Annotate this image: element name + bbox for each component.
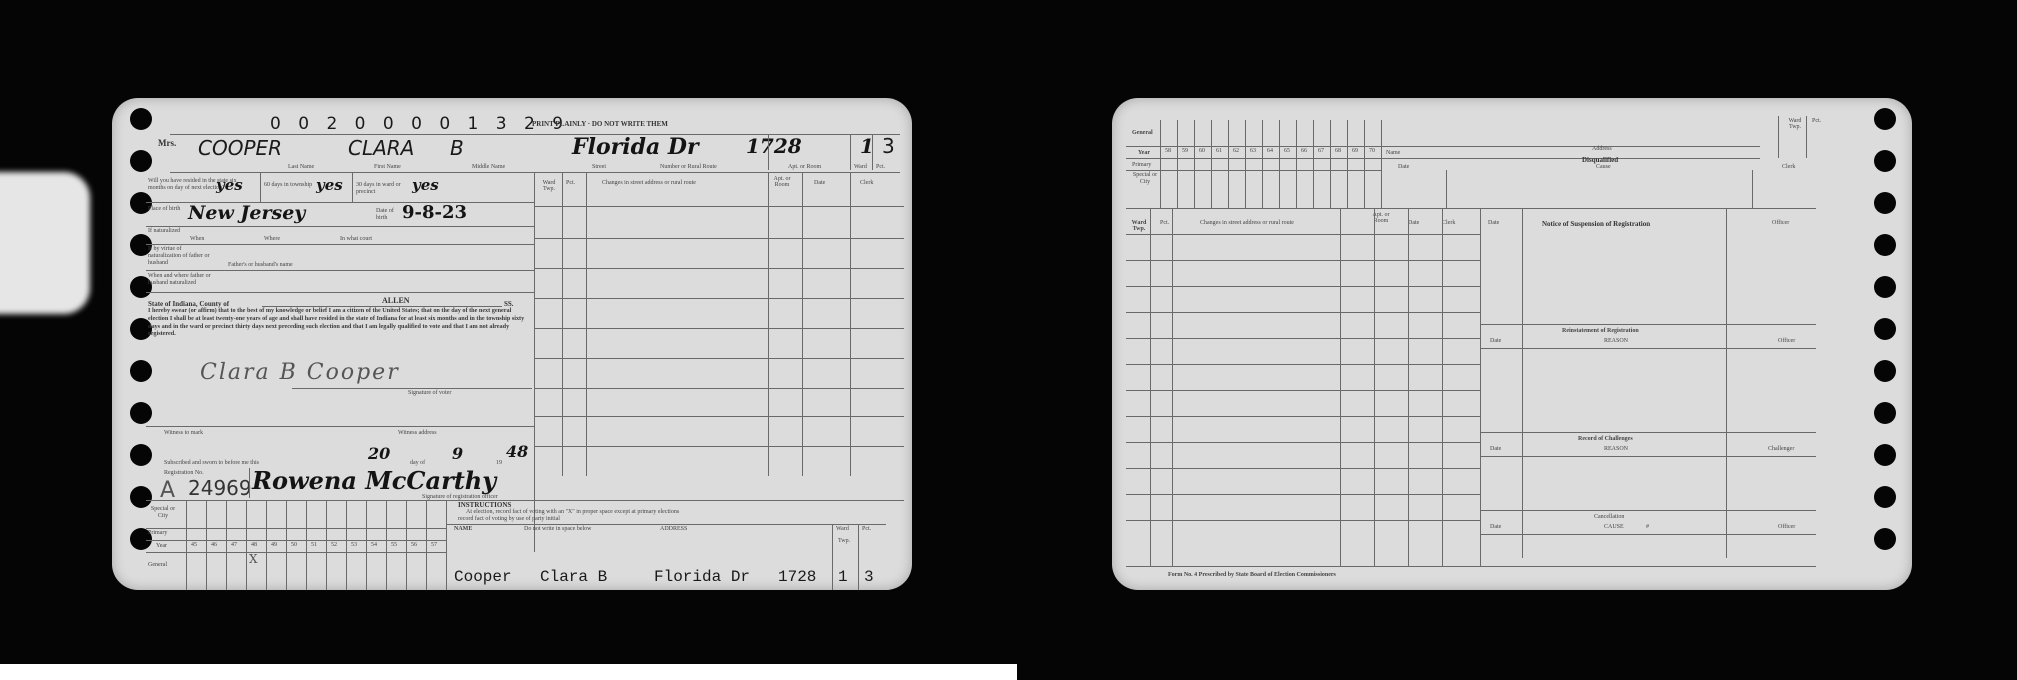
oath-text: I hereby swear (or affirm) that to the b… [148, 307, 528, 338]
punch-hole [1874, 234, 1896, 256]
sworn-year-value: 48 [506, 442, 528, 461]
voting-year: 49 [267, 542, 281, 548]
cancellation-officer-label: Officer [1778, 524, 1795, 530]
voting-year: 66 [1297, 148, 1311, 154]
last-name-value: COOPER [198, 136, 282, 160]
year-column-line [1211, 120, 1212, 208]
instructions-text-2: record fact of voting by use of party in… [458, 516, 560, 522]
when-label: When [190, 236, 204, 242]
township-value: yes [316, 176, 343, 194]
punch-hole [1874, 276, 1896, 298]
punch-hole [130, 486, 152, 508]
primary-label: Primary [148, 530, 167, 536]
middle-name-label: Middle Name [472, 164, 505, 170]
punch-hole [1874, 360, 1896, 382]
voting-year: 67 [1314, 148, 1328, 154]
suspension-officer-label: Officer [1772, 220, 1789, 226]
ward-precinct-value: yes [412, 176, 439, 194]
punch-hole [1874, 402, 1896, 424]
instructions-title: INSTRUCTIONS [458, 501, 511, 509]
punch-hole [1874, 444, 1896, 466]
voting-year: 68 [1331, 148, 1345, 154]
punch-hole [1874, 150, 1896, 172]
special-city-label: Special or City [148, 506, 178, 520]
voting-year: 62 [1229, 148, 1243, 154]
naturalized-label: If naturalized [148, 228, 188, 235]
resided-state-value: yes [216, 176, 243, 194]
col-ward-twp: Ward Twp. [538, 180, 560, 192]
voting-year: 53 [347, 542, 361, 548]
back-col-date: Date [1408, 220, 1419, 226]
voting-year: 45 [187, 542, 201, 548]
registration-card-back: General Year Primary Special or City 585… [1112, 98, 1912, 590]
witness-address-label: Witness address [398, 430, 437, 436]
number-label: Number or Rural Route [660, 164, 717, 170]
dob-label: Date of birth [376, 208, 400, 222]
strip-pct-label: Pct. [862, 526, 871, 532]
reinstatement-title: Reinstatement of Registration [1562, 328, 1639, 334]
instructions-text-1: At election, record fact of voting with … [466, 509, 679, 515]
reinstatement-date-label: Date [1490, 338, 1501, 344]
year-column-line [1347, 120, 1348, 208]
ward-label: Ward [854, 164, 867, 170]
strip-ward-label: Ward [836, 526, 849, 532]
back-general-label: General [1132, 130, 1153, 136]
voting-year: 58 [1161, 148, 1175, 154]
cancellation-title: Cancellation [1594, 514, 1624, 520]
punch-hole [130, 360, 152, 382]
punch-hole [130, 444, 152, 466]
form-footer: Form No. 4 Prescribed by State Board of … [1168, 572, 1336, 578]
back-col-changes: Changes in street address or rural route [1200, 220, 1294, 226]
punch-hole [130, 108, 152, 130]
col-date: Date [814, 180, 825, 186]
place-of-birth-label: Place of birth [148, 206, 188, 213]
challenges-date-label: Date [1490, 446, 1501, 452]
back-year-label: Year [1138, 150, 1150, 156]
punch-hole [130, 402, 152, 424]
back-name-label: Name [1386, 150, 1400, 156]
year-column-line [1245, 120, 1246, 208]
year-column-line [1262, 120, 1263, 208]
voting-year: 46 [207, 542, 221, 548]
voting-year: 59 [1178, 148, 1192, 154]
apt-label: Apt. or Room [788, 164, 821, 170]
typed-pct: 3 [864, 568, 874, 586]
sworn-day-value: 20 [368, 444, 390, 463]
virtue-label: If by virtue of naturalization of father… [148, 246, 212, 267]
reinstatement-officer-label: Officer [1778, 338, 1795, 344]
subscribed-label: Subscribed and sworn to before me this [164, 460, 259, 466]
year-column-line [1177, 120, 1178, 208]
year-column-line [1296, 120, 1297, 208]
title-prefix: Mrs. [158, 140, 176, 146]
typed-street: Florida Dr [654, 568, 750, 586]
sworn-month-value: 9 [452, 444, 463, 463]
cancellation-hash: # [1646, 524, 1649, 530]
voting-year: 54 [367, 542, 381, 548]
voter-signature-label: Signature of voter [408, 390, 451, 396]
place-of-birth-value: New Jersey [188, 202, 305, 224]
officer-signature: Rowena McCarthy [252, 466, 496, 495]
year-column-line [1279, 120, 1280, 208]
middle-name-value: B [450, 136, 464, 160]
when-where-father-label: When and where father or husband natural… [148, 273, 218, 287]
year-prefix: 19 [496, 460, 502, 466]
back-primary-label: Primary [1132, 162, 1151, 168]
cancellation-date-label: Date [1490, 524, 1501, 530]
punch-hole [1874, 192, 1896, 214]
house-number-value: 1728 [746, 134, 802, 158]
suspension-title: Notice of Suspension of Registration [1542, 220, 1650, 228]
no-write-label: Do not write in space below [524, 526, 591, 532]
strip-address-label: ADDRESS [660, 526, 687, 532]
back-special-city-label: Special or City [1132, 172, 1158, 186]
year-column-line [1228, 120, 1229, 208]
voting-year: 52 [327, 542, 341, 548]
white-margin-strip [0, 664, 1017, 680]
voting-year: 57 [427, 542, 441, 548]
punch-hole [1874, 528, 1896, 550]
back-col-pct: Pct. [1160, 220, 1169, 226]
year-column-line [1313, 120, 1314, 208]
col-apt: Apt. or Room [770, 176, 794, 188]
registration-card-front: 0 0 2 0 0 0 0 1 3 2 9 PRINT PLAINLY · DO… [112, 98, 912, 590]
voting-year: 69 [1348, 148, 1362, 154]
witness-mark-label: Witness to mark [164, 430, 203, 436]
voting-year: 56 [407, 542, 421, 548]
back-address-label: Address [1592, 146, 1612, 152]
first-name-label: First Name [374, 164, 401, 170]
typed-number: 1728 [778, 568, 816, 586]
year-label: Year [156, 543, 167, 549]
back-ward-twp-label: Ward Twp. [1784, 118, 1806, 130]
voting-year: 51 [307, 542, 321, 548]
punch-hole [1874, 108, 1896, 130]
voting-year: 47 [227, 542, 241, 548]
year-column-line [1364, 120, 1365, 208]
punch-hole [1874, 486, 1896, 508]
voting-year: 63 [1246, 148, 1260, 154]
disq-cause-label: Cause [1596, 164, 1611, 170]
voting-year: 64 [1263, 148, 1277, 154]
where-label: Where [264, 236, 280, 242]
punch-hole [130, 150, 152, 172]
county-value: ALLEN [382, 296, 410, 305]
voting-year: 61 [1212, 148, 1226, 154]
col-pct: Pct. [566, 180, 575, 186]
voting-year: 70 [1365, 148, 1379, 154]
general-label: General [148, 562, 167, 568]
challenger-label: Challenger [1768, 446, 1794, 452]
year-column-line [1330, 120, 1331, 208]
typed-first-middle: Clara B [540, 568, 607, 586]
challenges-title: Record of Challenges [1578, 436, 1633, 442]
ward-precinct-label: 30 days in ward or precinct [356, 182, 416, 196]
voter-signature: Clara B Cooper [200, 360, 400, 385]
first-name-value: CLARA [348, 136, 414, 160]
year-column-line [1160, 120, 1161, 208]
voting-year: 65 [1280, 148, 1294, 154]
back-col-clerk: Clerk [1442, 220, 1455, 226]
col-clerk: Clerk [860, 180, 873, 186]
court-label: In what court [340, 236, 372, 242]
voting-year: 60 [1195, 148, 1209, 154]
back-col-ward-twp: Ward Twp. [1128, 220, 1150, 232]
strip-twp-label: Twp. [838, 538, 850, 544]
pct-label: Pct. [876, 164, 885, 170]
last-name-label: Last Name [288, 164, 314, 170]
street-value: Florida Dr [572, 134, 699, 160]
pct-value: 3 [882, 134, 895, 158]
cancellation-cause-label: CAUSE [1604, 524, 1624, 530]
header-instruction: PRINT PLAINLY · DO NOT WRITE THEM [532, 120, 668, 128]
year-column-line [1194, 120, 1195, 208]
registration-number: 24969 [188, 476, 252, 500]
street-label: Street [592, 164, 606, 170]
general-vote-mark: X [249, 552, 258, 566]
voting-year: 55 [387, 542, 401, 548]
col-changes: Changes in street address or rural route [602, 180, 696, 186]
back-col-apt: Apt. or Room [1368, 212, 1394, 224]
disq-clerk-label: Clerk [1782, 164, 1795, 170]
punch-hole [1874, 318, 1896, 340]
typed-ward: 1 [838, 568, 848, 586]
dob-value: 9-8-23 [402, 202, 467, 223]
disqualified-label: Disqualified [1582, 156, 1618, 164]
back-pct-label: Pct. [1812, 118, 1821, 124]
reinstatement-reason-label: REASON [1604, 338, 1628, 344]
disq-date-label: Date [1398, 164, 1409, 170]
father-name-label: Father's or husband's name [228, 262, 293, 268]
challenges-reason-label: REASON [1604, 446, 1628, 452]
serial-number: 0 0 2 0 0 0 0 1 3 2 9 [270, 114, 569, 134]
voting-year: 48 [247, 542, 261, 548]
township-label: 60 days in township [264, 182, 320, 189]
voting-year: 50 [287, 542, 301, 548]
adjacent-card-edge [0, 172, 90, 314]
strip-name-label: NAME [454, 526, 472, 532]
typed-last-name: Cooper [454, 568, 512, 586]
suspension-date-label: Date [1488, 220, 1499, 226]
